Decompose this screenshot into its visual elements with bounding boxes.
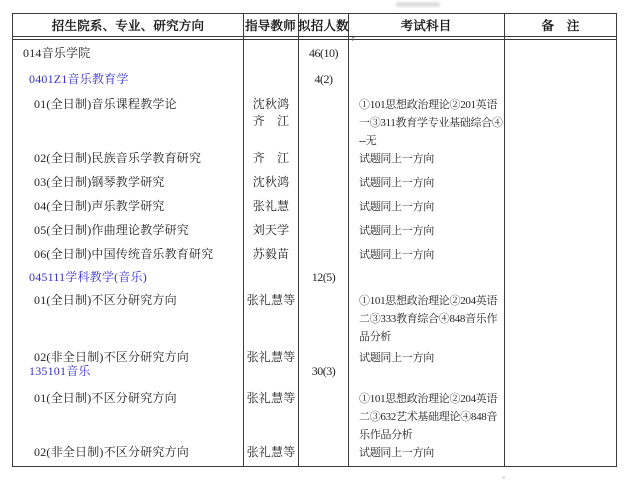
- col-header-program: 招生院系、专业、研究方向: [13, 19, 243, 33]
- exam-cell-line: --无: [359, 134, 376, 148]
- direction-cell: 02(全日制)民族音乐学教育研究: [34, 151, 201, 165]
- teacher-cell: 张礼慧等: [244, 391, 298, 405]
- col-header-subjects: 考试科目: [348, 19, 504, 33]
- col-header-advisor: 指导教师: [243, 19, 298, 33]
- teacher-cell: 刘天学: [244, 223, 298, 237]
- page: { "table": { "headers": { "program": "招生…: [0, 0, 640, 500]
- exam-cell-line: ①101思想政治理论②204英语: [359, 294, 497, 308]
- direction-cell: 06(全日制)中国传统音乐教育研究: [34, 247, 213, 261]
- direction-cell: 01(全日制)不区分研究方向: [34, 293, 177, 307]
- teacher-cell: 张礼慧等: [244, 350, 298, 364]
- direction-cell: 01(全日制)不区分研究方向: [34, 391, 177, 405]
- quota-cell: 12(5): [299, 270, 348, 284]
- direction-cell: 02(非全日制)不区分研究方向: [34, 445, 189, 459]
- exam-cell-line: 乐作品分析: [359, 428, 413, 442]
- teacher-cell: 沈秋鸿: [244, 97, 298, 111]
- header-rule: [13, 36, 616, 37]
- teacher-cell: 齐 江: [244, 114, 298, 128]
- direction-cell: 05(全日制)作曲理论教学研究: [34, 223, 189, 237]
- category-row-label: 045111学科教学(音乐): [29, 270, 147, 284]
- exam-cell-line: 试题同上一方向: [359, 152, 434, 166]
- exam-cell-line: 试题同上一方向: [359, 446, 434, 460]
- teacher-cell: 张礼慧等: [244, 293, 298, 307]
- col-header-quota: 拟招人数: [298, 19, 348, 33]
- exam-cell-line: 品分析: [359, 330, 391, 344]
- direction-cell: 02(非全日制)不区分研究方向: [34, 350, 189, 364]
- exam-cell-line: 二③333教育综合④848音乐作: [359, 312, 497, 326]
- direction-cell: 01(全日制)音乐课程教学论: [34, 97, 177, 111]
- teacher-cell: 沈秋鸿: [244, 175, 298, 189]
- quota-cell: 4(2): [299, 72, 348, 86]
- column-divider: [348, 14, 349, 466]
- teacher-cell: 张礼慧: [244, 199, 298, 213]
- header-rule: [13, 39, 616, 40]
- col-header-remarks: 备 注: [504, 19, 617, 33]
- exam-cell-line: 试题同上一方向: [359, 351, 434, 365]
- category-row-label: 0401Z1音乐教育学: [29, 72, 129, 86]
- quota-cell: 46(10): [299, 46, 348, 60]
- scan-artifact: 1˭: [351, 37, 354, 43]
- exam-cell-line: ①101思想政治理论②204英语: [359, 392, 497, 406]
- exam-cell-line: 二③632艺术基础理论④848音: [359, 410, 497, 424]
- teacher-cell: 苏毅苗: [244, 247, 298, 261]
- teacher-cell: 齐 江: [244, 151, 298, 165]
- dept-row-label: 014音乐学院: [23, 46, 90, 60]
- category-row-label: 135101音乐: [29, 364, 91, 378]
- exam-cell-line: 一③311教育学专业基础综合④: [359, 116, 503, 130]
- scan-speck: [502, 476, 505, 479]
- quota-cell: 30(3): [299, 364, 348, 378]
- direction-cell: 04(全日制)声乐教学研究: [34, 199, 165, 213]
- column-divider: [504, 14, 505, 466]
- scan-smudge: [396, 2, 440, 7]
- teacher-cell: 张礼慧等: [244, 445, 298, 459]
- exam-cell-line: 试题同上一方向: [359, 200, 434, 214]
- direction-cell: 03(全日制)钢琴教学研究: [34, 175, 165, 189]
- admissions-table: 招生院系、专业、研究方向 指导教师 拟招人数 考试科目 备 注 1˭ 014音乐…: [12, 13, 617, 467]
- exam-cell-line: 试题同上一方向: [359, 176, 434, 190]
- exam-cell-line: 试题同上一方向: [359, 248, 434, 262]
- exam-cell-line: 试题同上一方向: [359, 224, 434, 238]
- exam-cell-line: ①101思想政治理论②201英语: [359, 98, 497, 112]
